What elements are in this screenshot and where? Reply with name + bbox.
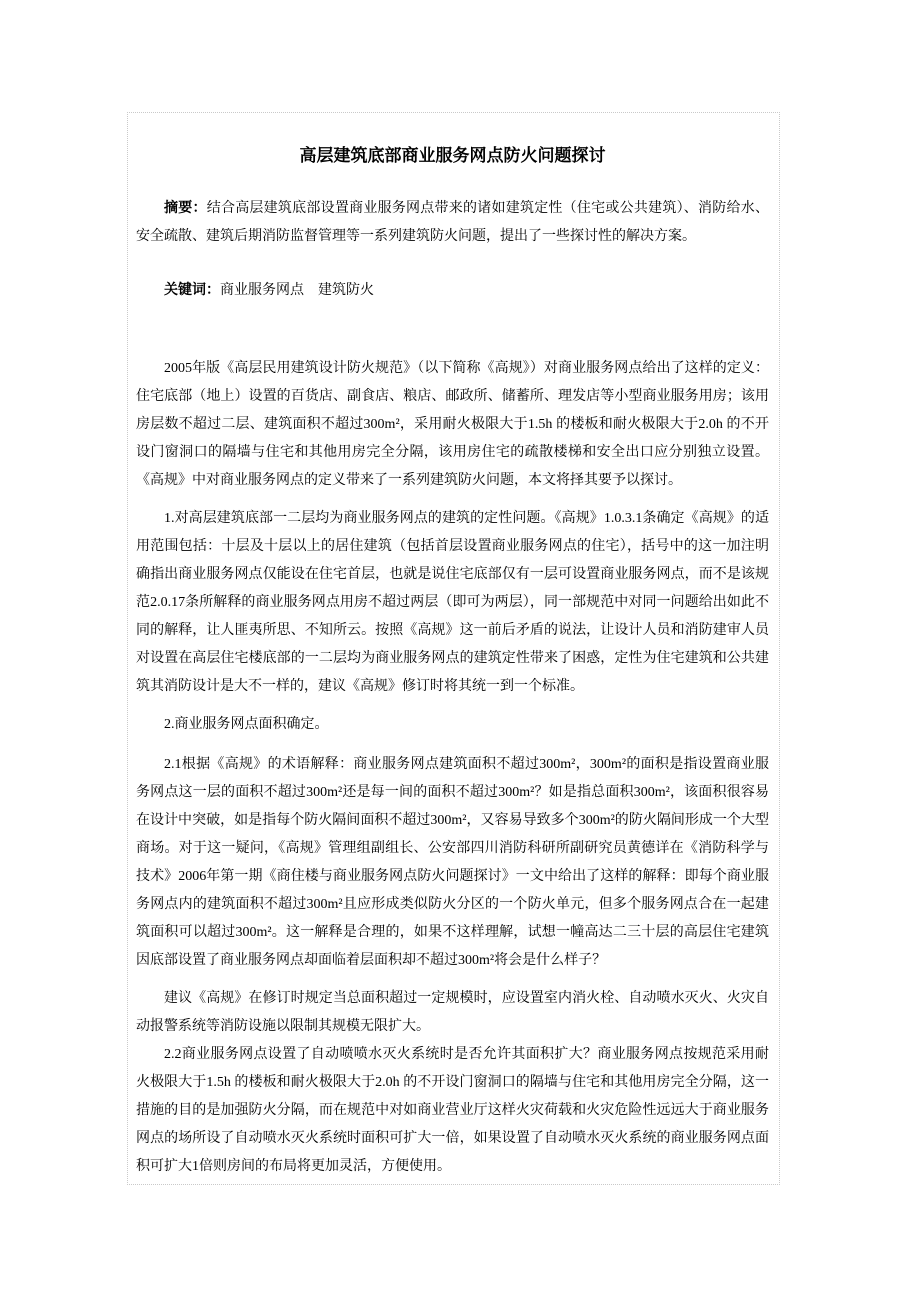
body-paragraph-section2-heading: 2.商业服务网点面积确定。 [136,711,769,739]
keywords-text: 商业服务网点 建筑防火 [220,283,374,298]
keywords-label: 关键词： [164,283,220,298]
abstract-text: 结合高层建筑底部设置商业服务网点带来的诸如建筑定性（住宅或公共建筑）、消防给水、… [136,201,769,244]
body-paragraph-section2-1: 2.1根据《高规》的术语解释：商业服务网点建筑面积不超过300m²，300m²的… [136,751,769,975]
body-paragraph-definition: 2005年版《高层民用建筑设计防火规范》（以下简称《高规》）对商业服务网点给出了… [136,355,769,495]
body-paragraph-section2-2: 2.2商业服务网点设置了自动喷喷水灭火系统时是否允许其面积扩大？商业服务网点按规… [136,1041,769,1181]
abstract-paragraph: 摘要：结合高层建筑底部设置商业服务网点带来的诸如建筑定性（住宅或公共建筑）、消防… [136,195,769,251]
keywords-paragraph: 关键词：商业服务网点 建筑防火 [136,277,769,305]
body-paragraph-suggestion: 建议《高规》在修订时规定当总面积超过一定规模时，应设置室内消火栓、自动喷水灭火、… [136,985,769,1041]
document-title: 高层建筑底部商业服务网点防火问题探讨 [136,141,769,171]
body-paragraph-section1: 1.对高层建筑底部一二层均为商业服务网点的建筑的定性问题。《高规》1.0.3.1… [136,505,769,701]
abstract-label: 摘要： [164,201,207,216]
document-page-box: 高层建筑底部商业服务网点防火问题探讨 摘要：结合高层建筑底部设置商业服务网点带来… [127,112,780,1185]
